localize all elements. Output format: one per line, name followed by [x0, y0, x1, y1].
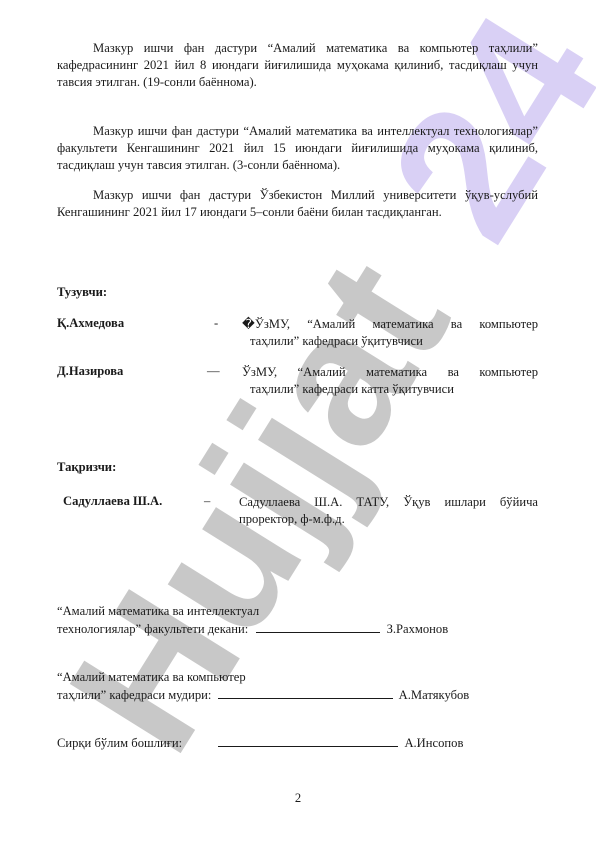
page-number: 2	[0, 791, 596, 806]
author-role: ЎзМУ, “Амалий математика ва компьютер та…	[242, 364, 538, 398]
signature-title-line2: Сирқи бўлим бошлиғи:	[57, 736, 182, 750]
author-role-line2: таҳлили” кафедраси катта ўқитувчиси	[242, 381, 538, 398]
signature-line	[256, 620, 380, 633]
reviewer-entry: Садуллаева Ш.А. – Садуллаева Ш.А. ТАТУ, …	[57, 494, 538, 534]
authors-heading: Тузувчи:	[57, 285, 107, 300]
signature-head-of-department: “Амалий математика ва компьютер таҳлили”…	[57, 669, 538, 704]
signature-title-line2: технологиялар” факультети декани:	[57, 622, 248, 636]
signature-line	[218, 734, 398, 747]
approval-paragraph-faculty: Мазкур ишчи фан дастури “Амалий математи…	[57, 123, 538, 175]
author-role-line1: ЎзМУ, “Амалий математика ва компьютер	[242, 364, 538, 381]
approval-paragraph-university: Мазкур ишчи фан дастури Ўзбекистон Милли…	[57, 187, 538, 221]
author-role-line1: �ЎзМУ, “Амалий математика ва компьютер	[242, 316, 538, 333]
signature-title-line1: “Амалий математика ва интеллектуал	[57, 603, 538, 620]
signature-title-line1: “Амалий математика ва компьютер	[57, 669, 538, 686]
reviewer-role: Садуллаева Ш.А. ТАТУ, Ўқув ишлари бўйича…	[239, 494, 538, 528]
signature-title-line2: таҳлили” кафедраси мудири:	[57, 688, 211, 702]
author-role-line2: таҳлили” кафедраси ўқитувчиси	[242, 333, 538, 350]
reviewer-dash: –	[204, 494, 210, 509]
author-name: Қ.Ахмедова	[57, 316, 124, 331]
signature-line	[218, 686, 393, 699]
reviewer-role-line2: проректор, ф-м.ф.д.	[239, 511, 538, 528]
author-dash: -	[214, 316, 218, 331]
approval-paragraph-department: Мазкур ишчи фан дастури “Амалий математи…	[57, 40, 538, 92]
signature-external-dept: Сирқи бўлим бошлиғи: А.Инсопов	[57, 734, 538, 752]
author-entry: Қ.Ахмедова - �ЎзМУ, “Амалий математика в…	[57, 316, 538, 356]
signer-name: А.Матякубов	[399, 688, 470, 702]
signature-dean: “Амалий математика ва интеллектуал техно…	[57, 603, 538, 638]
author-dash: —	[207, 364, 220, 379]
signer-name: З.Рахмонов	[387, 622, 449, 636]
reviewer-name: Садуллаева Ш.А.	[63, 494, 162, 509]
author-entry: Д.Назирова — ЎзМУ, “Амалий математика ва…	[57, 364, 538, 404]
reviewers-heading: Тақризчи:	[57, 460, 116, 475]
reviewer-role-line1: Садуллаева Ш.А. ТАТУ, Ўқув ишлари бўйича	[239, 494, 538, 511]
author-role: �ЎзМУ, “Амалий математика ва компьютер т…	[242, 316, 538, 350]
signer-name: А.Инсопов	[404, 736, 463, 750]
author-name: Д.Назирова	[57, 364, 123, 379]
